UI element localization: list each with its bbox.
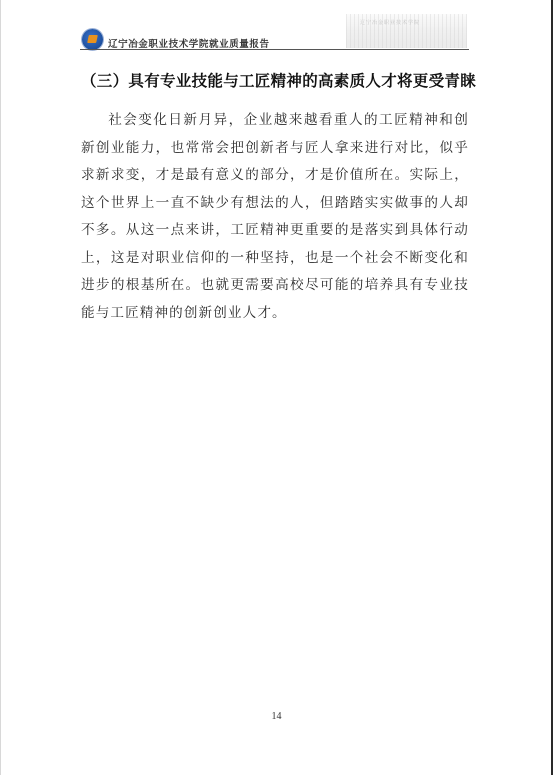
school-logo-icon xyxy=(82,29,103,50)
page-number: 14 xyxy=(0,711,553,722)
campus-building-image: 辽宁冶金职业技术学院 xyxy=(346,14,467,48)
page-header: 辽宁冶金职业技术学院就业质量报告 辽宁冶金职业技术学院 xyxy=(80,12,469,50)
banner-caption: 辽宁冶金职业技术学院 xyxy=(360,19,420,26)
header-title: 辽宁冶金职业技术学院就业质量报告 xyxy=(108,36,270,50)
body-paragraph: 社会变化日新月异，企业越来越看重人的工匠精神和创新创业能力，也常常会把创新者与匠… xyxy=(81,107,469,327)
section-heading: （三）具有专业技能与工匠精神的高素质人才将更受青睐 xyxy=(81,69,476,91)
page-edge-left xyxy=(0,0,1,775)
header-divider xyxy=(80,49,469,50)
